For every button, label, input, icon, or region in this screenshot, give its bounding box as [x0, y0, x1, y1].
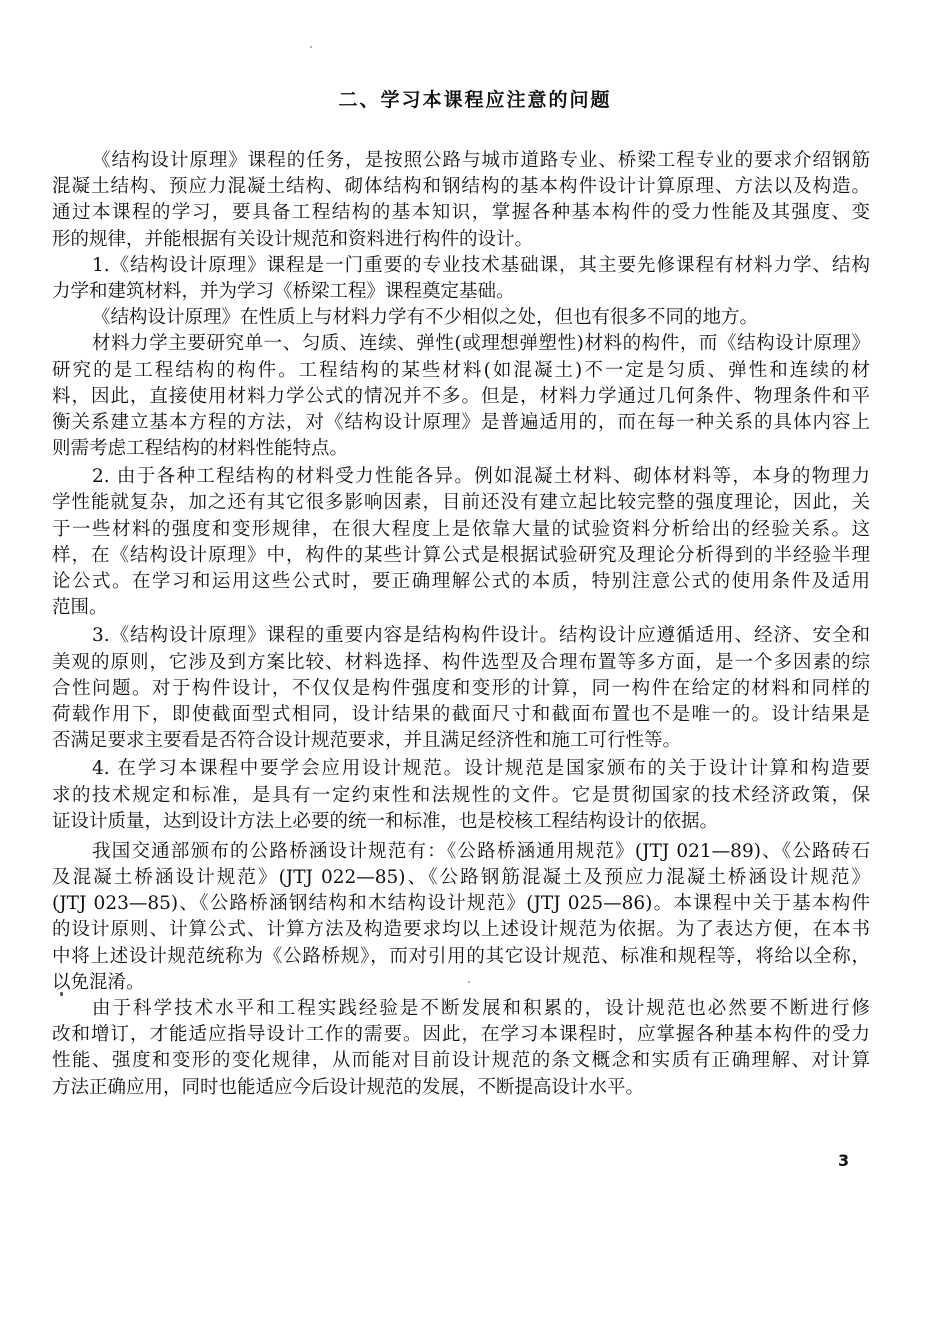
- text-line: 1.《结构设计原理》课程是一门重要的专业技术基础课，其主要先修课程有材料力学、结…: [52, 253, 870, 279]
- text-line: 混凝土结构、预应力混凝土结构、砌体结构和钢结构的基本构件设计计算原理、方法以及构…: [52, 174, 870, 200]
- section-title: 二、学习本课程应注意的问题: [0, 88, 950, 112]
- paragraph: 1.《结构设计原理》课程是一门重要的专业技术基础课，其主要先修课程有材料力学、结…: [52, 253, 870, 305]
- text-line: 4. 在学习本课程中要学会应用设计规范。设计规范是国家颁布的关于设计计算和构造要: [52, 756, 870, 782]
- text-line: 以免混淆。: [52, 970, 870, 996]
- text-line: 及混凝土桥涵设计规范》(JTJ 022—85)、《公路钢筋混凝土及预应力混凝土桥…: [52, 865, 870, 891]
- paragraph: 4. 在学习本课程中要学会应用设计规范。设计规范是国家颁布的关于设计计算和构造要…: [52, 756, 870, 835]
- text-line: 材料力学主要研究单一、匀质、连续、弹性(或理想弹塑性)材料的构件，而《结构设计原…: [52, 331, 870, 357]
- paragraph: 3.《结构设计原理》课程的重要内容是结构构件设计。结构设计应遵循适用、经济、安全…: [52, 623, 870, 754]
- text-line: 方法正确应用，同时也能适应今后设计规范的发展，不断提高设计水平。: [52, 1075, 870, 1101]
- text-line: 《结构设计原理》课程的任务，是按照公路与城市道路专业、桥梁工程专业的要求介绍钢筋: [52, 148, 870, 174]
- text-line: 形的规律，并能根据有关设计规范和资料进行构件的设计。: [52, 227, 870, 253]
- paragraph: 我国交通部颁布的公路桥涵设计规范有：《公路桥涵通用规范》(JTJ 021—89)…: [52, 839, 870, 996]
- text-line: 2. 由于各种工程结构的材料受力性能各异。例如混凝土材料、砌体材料等，本身的物理…: [52, 464, 870, 490]
- paragraph: 《结构设计原理》课程的任务，是按照公路与城市道路专业、桥梁工程专业的要求介绍钢筋…: [52, 148, 870, 253]
- text-line: 求的技术规定和标准，是具有一定约束性和法规性的文件。它是贯彻国家的技术经济政策，…: [52, 783, 870, 809]
- text-line: 则需考虑工程结构的材料性能特点。: [52, 436, 870, 462]
- paragraph: 2. 由于各种工程结构的材料受力性能各异。例如混凝土材料、砌体材料等，本身的物理…: [52, 464, 870, 621]
- text-line: 改和增订，才能适应指导设计工作的需要。因此，在学习本课程时，应掌握各种基本构件的…: [52, 1022, 870, 1048]
- paragraph: 《结构设计原理》在性质上与材料力学有不少相似之处，但也有很多不同的地方。: [52, 305, 870, 331]
- text-line: 于一些材料的强度和变形规律，在很大程度上是依靠大量的试验资料分析给出的经验关系。…: [52, 517, 870, 543]
- text-line: 美观的原则，它涉及到方案比较、材料选择、构件选型及合理布置等多方面，是一个多因素…: [52, 650, 870, 676]
- text-line: 由于科学技术水平和工程实践经验是不断发展和积累的，设计规范也必然要不断进行修: [52, 996, 870, 1022]
- text-line: 力学和建筑材料，并为学习《桥梁工程》课程奠定基础。: [52, 279, 870, 305]
- paragraph: 由于科学技术水平和工程实践经验是不断发展和积累的，设计规范也必然要不断进行修改和…: [52, 996, 870, 1101]
- text-line: 合性问题。对于构件设计，不仅仅是构件强度和变形的计算，同一构件在给定的材料和同样…: [52, 676, 870, 702]
- page-number: 3: [838, 1151, 849, 1170]
- text-line: 我国交通部颁布的公路桥涵设计规范有：《公路桥涵通用规范》(JTJ 021—89)…: [52, 839, 870, 865]
- document-page: 二、学习本课程应注意的问题 《结构设计原理》课程的任务，是按照公路与城市道路专业…: [0, 0, 950, 1341]
- text-line: 范围。: [52, 595, 870, 621]
- text-line: 研究的是工程结构的构件。工程结构的某些材料(如混凝土)不一定是匀质、弹性和连续的…: [52, 358, 870, 384]
- text-line: 通过本课程的学习，要具备工程结构的基本知识，掌握各种基本构件的受力性能及其强度、…: [52, 200, 870, 226]
- text-line: 衡关系建立基本方程的方法，对《结构设计原理》是普遍适用的，而在每一种关系的具体内…: [52, 410, 870, 436]
- text-line: 中将上述设计规范统称为《公路桥规》，而对引用的其它设计规范、标准和规程等，将给以…: [52, 944, 870, 970]
- text-line: 学性能就复杂，加之还有其它很多影响因素，目前还没有建立起比较完整的强度理论，因此…: [52, 490, 870, 516]
- scan-speck: [310, 46, 312, 48]
- text-line: 的设计原则、计算公式、计算方法及构造要求均以上述设计规范为依据。为了表达方便，在…: [52, 917, 870, 943]
- text-line: 否满足要求主要看是否符合设计规范要求，并且满足经济性和施工可行性等。: [52, 728, 870, 754]
- text-line: 论公式。在学习和运用这些公式时，要正确理解公式的本质，特别注意公式的使用条件及适…: [52, 569, 870, 595]
- body-text: 《结构设计原理》课程的任务，是按照公路与城市道路专业、桥梁工程专业的要求介绍钢筋…: [52, 148, 870, 1101]
- text-line: 样，在《结构设计原理》中，构件的某些计算公式是根据试验研究及理论分析得到的半经验…: [52, 543, 870, 569]
- text-line: 《结构设计原理》在性质上与材料力学有不少相似之处，但也有很多不同的地方。: [52, 305, 870, 331]
- text-line: (JTJ 023—85)、《公路桥涵钢结构和木结构设计规范》(JTJ 025—8…: [52, 891, 870, 917]
- text-line: 料，因此，直接使用材料力学公式的情况并不多。但是，材料力学通过几何条件、物理条件…: [52, 384, 870, 410]
- paragraph: 材料力学主要研究单一、匀质、连续、弹性(或理想弹塑性)材料的构件，而《结构设计原…: [52, 331, 870, 462]
- text-line: 3.《结构设计原理》课程的重要内容是结构构件设计。结构设计应遵循适用、经济、安全…: [52, 623, 870, 649]
- text-line: 证设计质量，达到设计方法上必要的统一和标准，也是校核工程结构设计的依据。: [52, 809, 870, 835]
- text-line: 性能、强度和变形的变化规律，从而能对目前设计规范的条文概念和实质有正确理解、对计…: [52, 1048, 870, 1074]
- text-line: 荷载作用下，即使截面型式相同，设计结果的截面尺寸和截面布置也不是唯一的。设计结果…: [52, 702, 870, 728]
